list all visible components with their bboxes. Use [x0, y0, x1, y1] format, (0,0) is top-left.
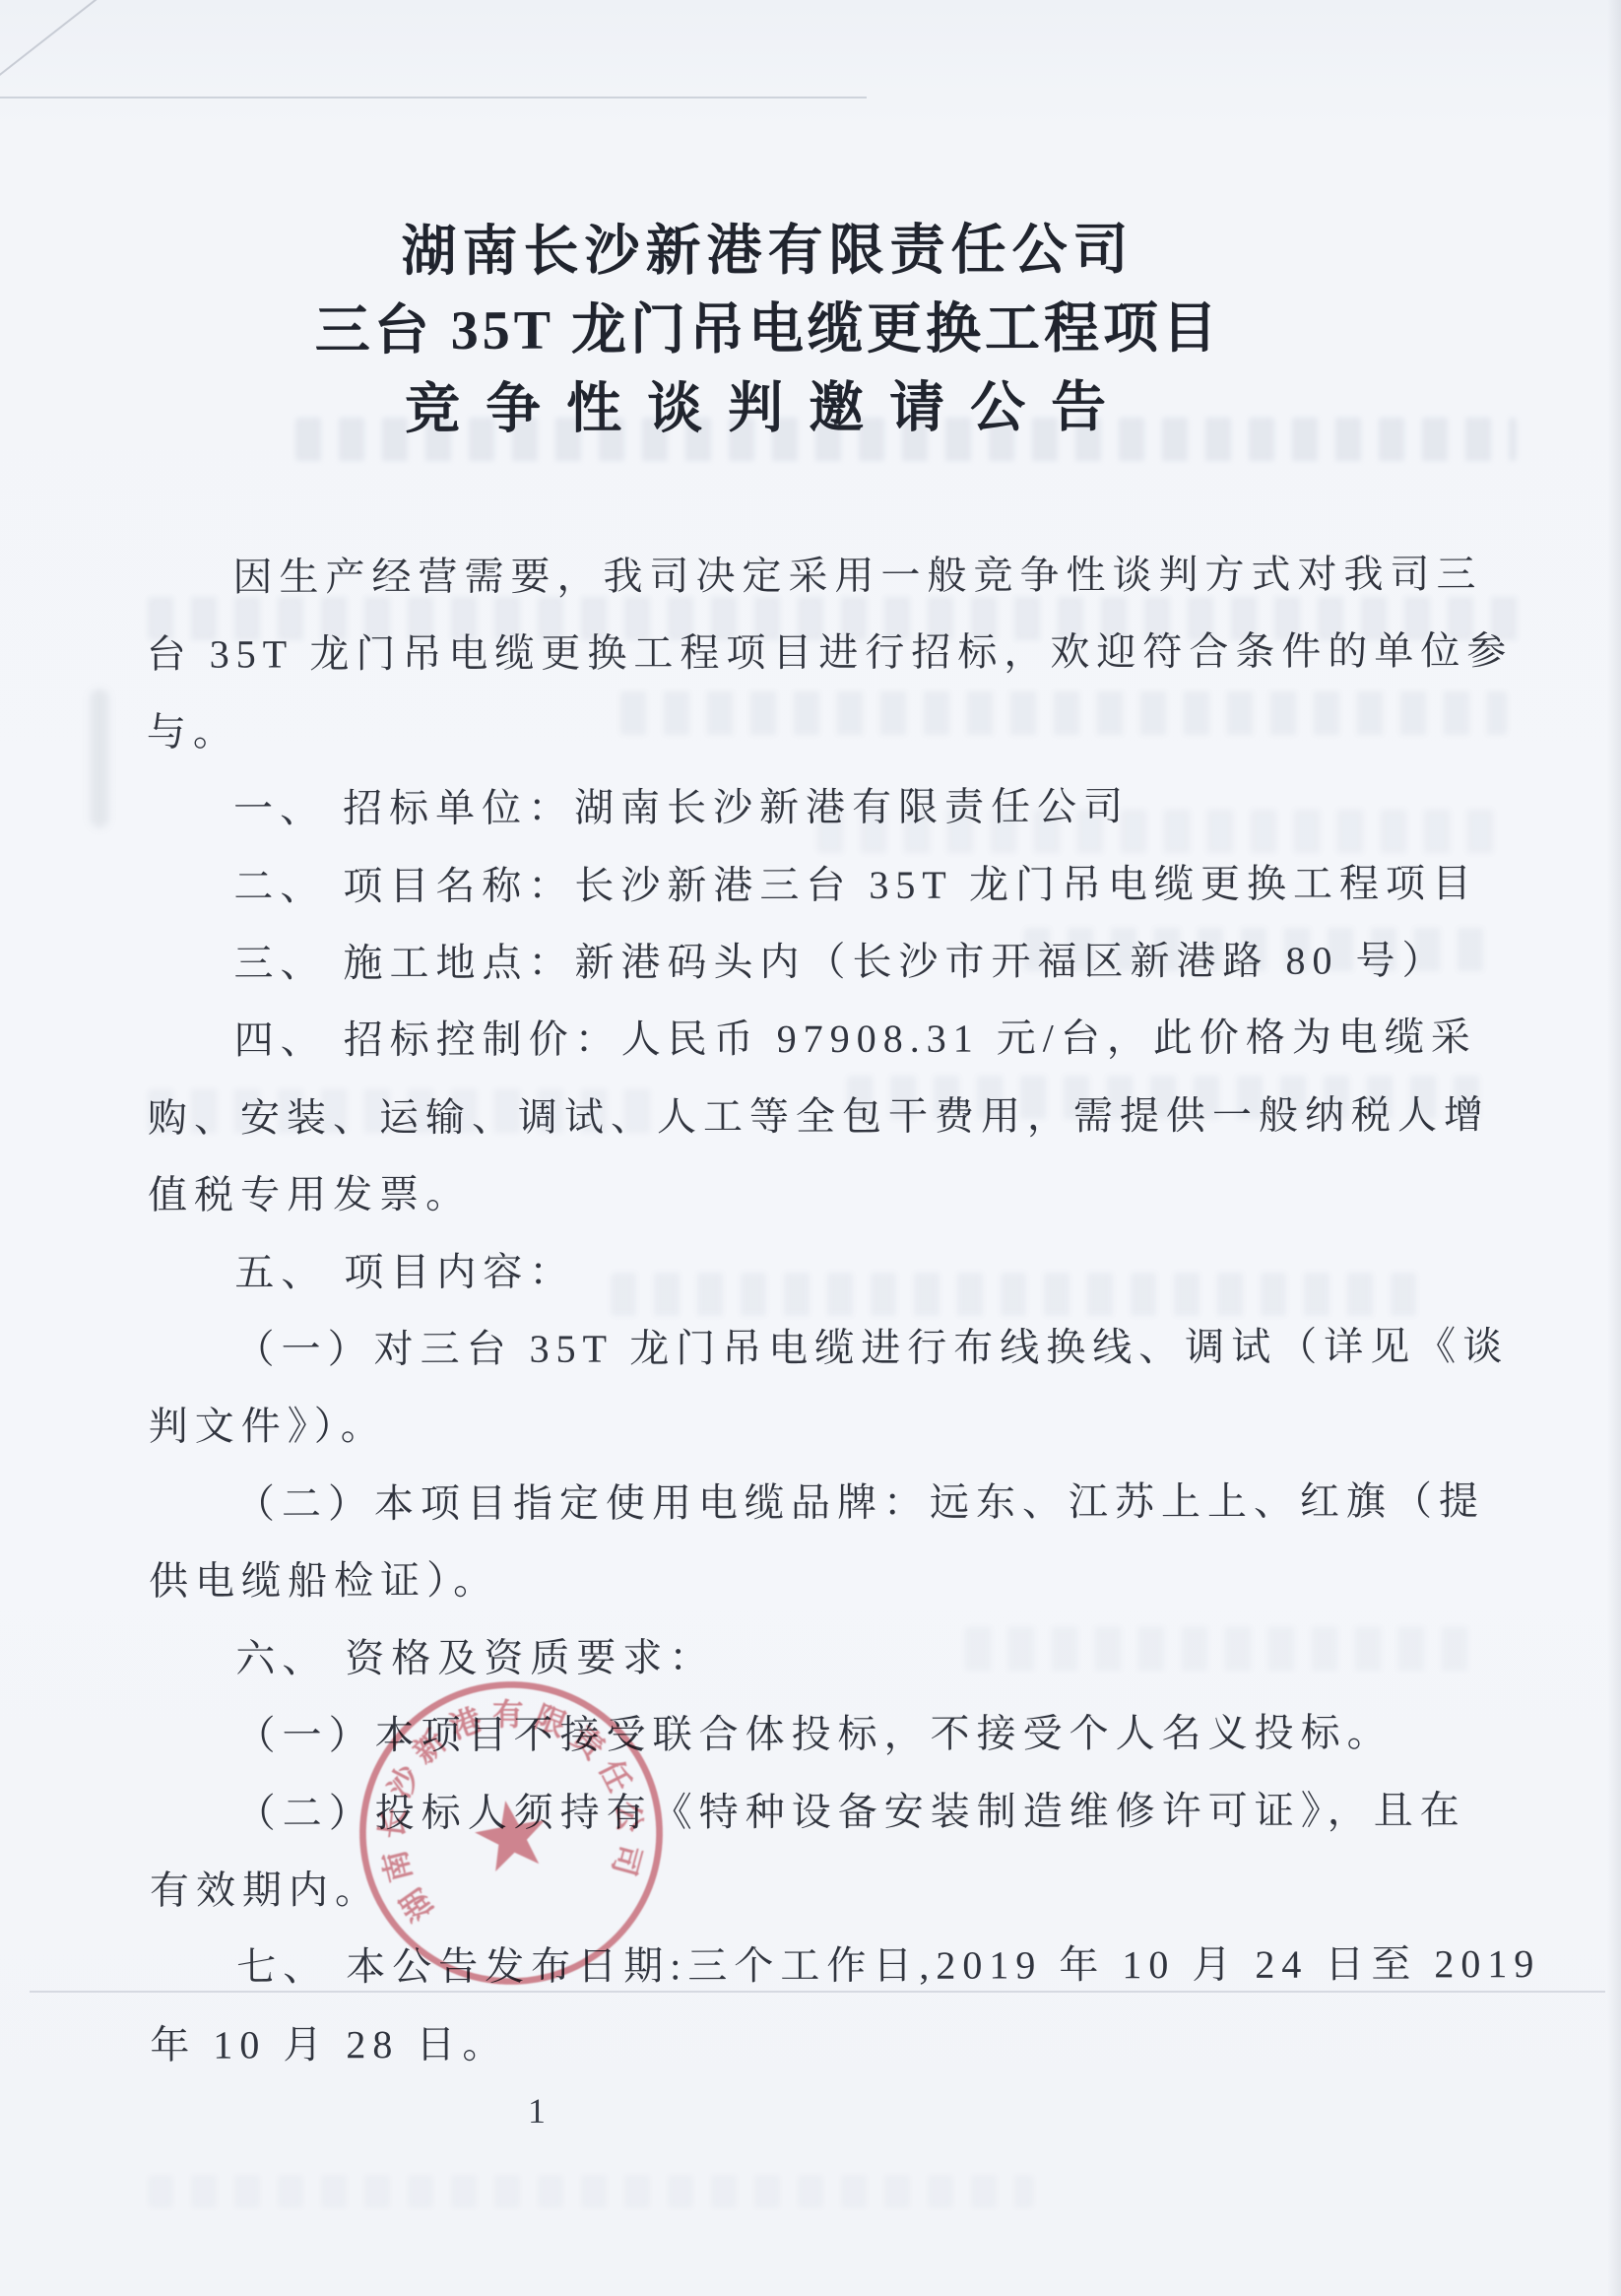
company-seal-stamp: 湖南长沙新港有限责任公司 [326, 1648, 695, 2017]
body-line: 判文件》）。 [149, 1386, 1488, 1467]
body-line: 年 10 月 28 日。 [150, 2003, 1489, 2084]
document-body: 因生产经营需要，我司决定采用一般竞争性谈判方式对我司三 台 35T 龙门吊电缆更… [146, 536, 1489, 2084]
body-line-item-6: 六、 资格及资质要求： [149, 1617, 1488, 1698]
title-line-project: 三台 35T 龙门吊电缆更换工程项目 [98, 289, 1438, 371]
body-line: 因生产经营需要，我司决定采用一般竞争性谈判方式对我司三 [146, 536, 1485, 617]
body-line-item-4: 四、 招标控制价：人民币 97908.31 元/台，此价格为电缆采 [148, 1000, 1487, 1081]
body-line-item-7: 七、 本公告发布日期:三个工作日,2019 年 10 月 24 日至 2019 [150, 1927, 1489, 2007]
page-number: 1 [528, 2090, 546, 2132]
scanned-document-page: 湖南长沙新港有限责任公司 三台 35T 龙门吊电缆更换工程项目 竞争性谈判邀请公… [0, 0, 1621, 2296]
bleedthrough-artifact [148, 2175, 1034, 2208]
body-line: 供电缆船检证）。 [149, 1540, 1488, 1620]
body-line-item-1: 一、 招标单位：湖南长沙新港有限责任公司 [147, 767, 1486, 848]
body-line-item-5-2: （二）本项目指定使用电缆品牌：远东、江苏上上、红旗（提 [149, 1463, 1488, 1543]
title-line-company: 湖南长沙新港有限责任公司 [98, 210, 1438, 293]
page-fold-crease [0, 0, 97, 79]
page-edge-shadow [1607, 0, 1621, 2296]
body-line-item-5: 五、 项目内容： [148, 1231, 1487, 1312]
body-line: 与。 [147, 690, 1486, 771]
body-line: 购、安装、运输、调试、人工等全包干费用，需提供一般纳税人增 [148, 1077, 1487, 1157]
body-line: 值税专用发票。 [148, 1153, 1487, 1234]
scan-smudge [91, 689, 108, 827]
scan-line-artifact [0, 97, 867, 98]
body-line-item-5-1: （一）对三台 35T 龙门吊电缆进行布线换线、调试（详见《谈 [148, 1308, 1487, 1389]
document-title: 湖南长沙新港有限责任公司 三台 35T 龙门吊电缆更换工程项目 竞争性谈判邀请公… [98, 210, 1439, 450]
body-line-item-3: 三、 施工地点：新港码头内（长沙市开福区新港路 80 号） [147, 922, 1486, 1003]
body-line-item-2: 二、 项目名称：长沙新港三台 35T 龙门吊电缆更换工程项目 [147, 845, 1486, 926]
body-line: 台 35T 龙门吊电缆更换工程项目进行招标，欢迎符合条件的单位参 [147, 614, 1486, 694]
seal-star-icon [471, 1795, 552, 1874]
body-line: 有效期内。 [150, 1849, 1489, 1930]
title-line-announcement: 竞争性谈判邀请公告 [98, 367, 1438, 450]
